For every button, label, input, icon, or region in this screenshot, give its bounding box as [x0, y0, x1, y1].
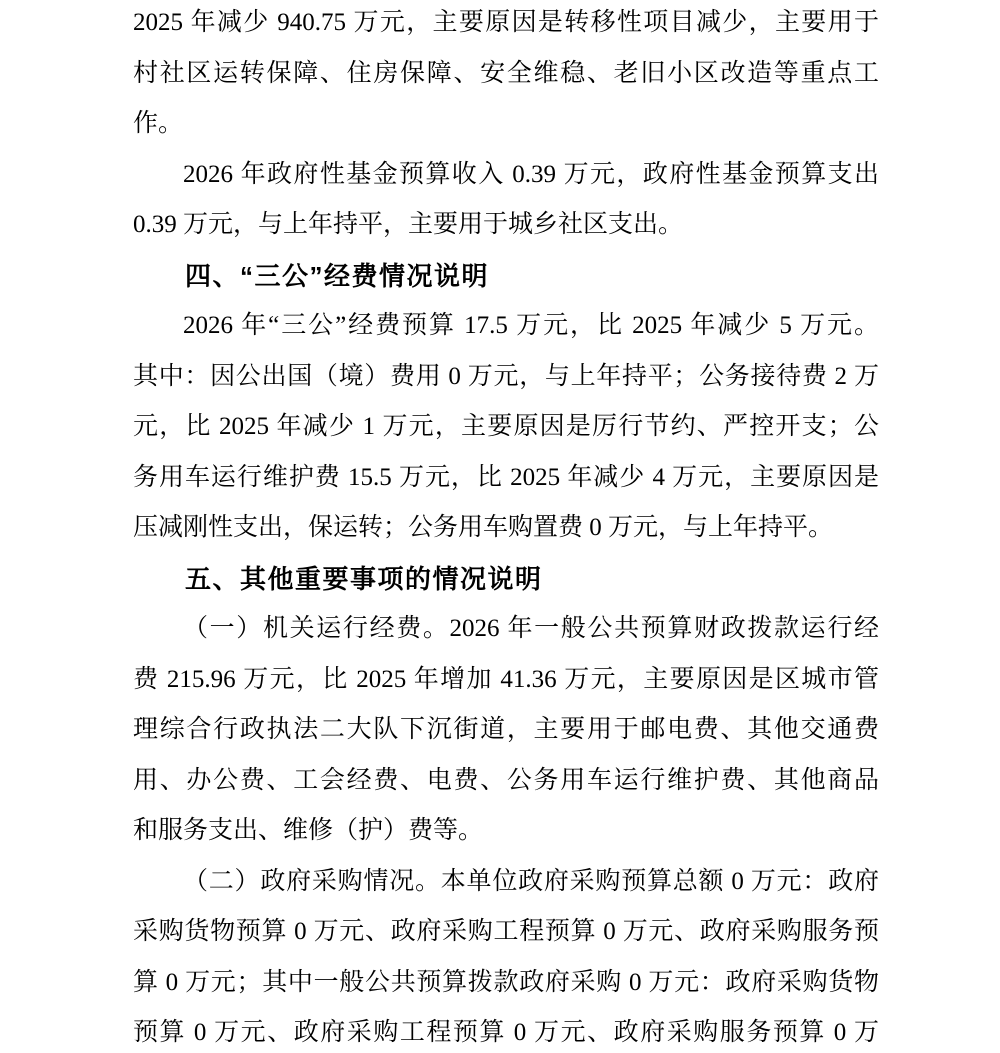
- body-line-08: 其中：因公出国（境）费用 0 万元，与上年持平；公务接待费 2 万: [133, 352, 879, 403]
- body-line-09: 元，比 2025 年减少 1 万元，主要原因是厉行节约、严控开支；公: [133, 402, 879, 453]
- body-line-14: 费 215.96 万元，比 2025 年增加 41.36 万元，主要原因是区城市…: [133, 655, 879, 706]
- body-line-13: （一）机关运行经费。2026 年一般公共预算财政拨款运行经: [133, 604, 879, 655]
- body-line-17: 和服务支出、维修（护）费等。: [133, 806, 879, 857]
- body-line-11: 压减刚性支出，保运转；公务用车购置费 0 万元，与上年持平。: [133, 503, 879, 554]
- body-line-05: 0.39 万元，与上年持平，主要用于城乡社区支出。: [133, 200, 879, 251]
- body-line-20: 算 0 万元；其中一般公共预算拨款政府采购 0 万元：政府采购货物: [133, 958, 879, 1009]
- body-line-10: 务用车运行维护费 15.5 万元，比 2025 年减少 4 万元，主要原因是: [133, 453, 879, 504]
- body-line-03: 作。: [133, 99, 879, 150]
- section-heading-three-public: 四、“三公”经费情况说明: [133, 251, 879, 302]
- body-line-01: 2025 年减少 940.75 万元，主要原因是转移性项目减少，主要用于: [133, 0, 879, 49]
- document-page: 2025 年减少 940.75 万元，主要原因是转移性项目减少，主要用于村社区运…: [0, 0, 1000, 1053]
- body-line-02: 村社区运转保障、住房保障、安全维稳、老旧小区改造等重点工: [133, 49, 879, 100]
- body-line-04: 2026 年政府性基金预算收入 0.39 万元，政府性基金预算支出: [133, 150, 879, 201]
- body-line-16: 用、办公费、工会经费、电费、公务用车运行维护费、其他商品: [133, 756, 879, 807]
- body-line-15: 理综合行政执法二大队下沉街道，主要用于邮电费、其他交通费: [133, 705, 879, 756]
- document-body: 2025 年减少 940.75 万元，主要原因是转移性项目减少，主要用于村社区运…: [133, 0, 879, 1053]
- body-line-07: 2026 年“三公”经费预算 17.5 万元，比 2025 年减少 5 万元。: [133, 301, 879, 352]
- section-heading-other-matters: 五、其他重要事项的情况说明: [133, 554, 879, 605]
- body-line-18: （二）政府采购情况。本单位政府采购预算总额 0 万元：政府: [133, 857, 879, 908]
- body-line-19: 采购货物预算 0 万元、政府采购工程预算 0 万元、政府采购服务预: [133, 907, 879, 958]
- body-line-21: 预算 0 万元、政府采购工程预算 0 万元、政府采购服务预算 0 万元。: [133, 1008, 879, 1053]
